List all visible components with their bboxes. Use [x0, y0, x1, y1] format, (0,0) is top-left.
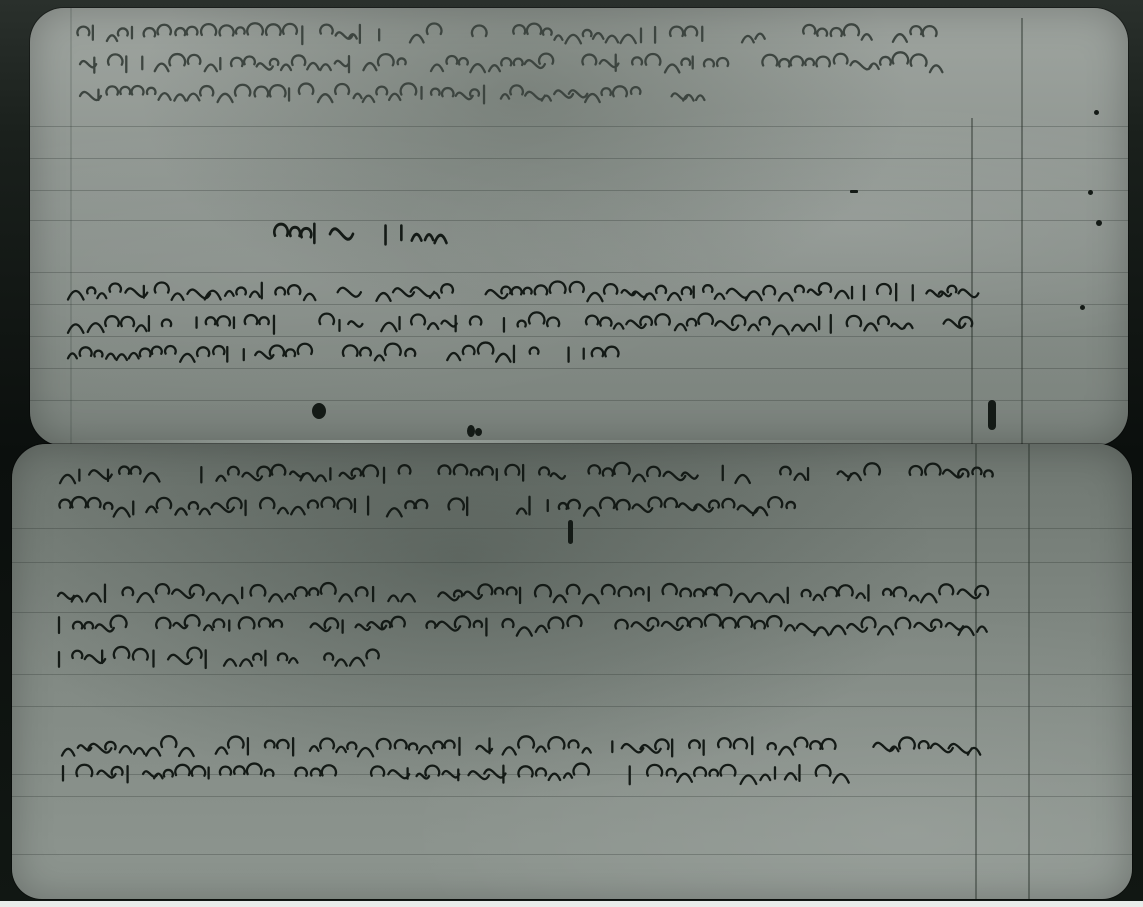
ink-blot	[312, 403, 326, 419]
script-line: [illegible Burmese script]	[58, 646, 378, 668]
ruling-line	[30, 304, 1128, 305]
margin-line	[70, 8, 72, 446]
ruling-line	[12, 796, 1132, 797]
ruling-line	[30, 336, 1128, 337]
ruling-line	[12, 612, 1132, 613]
ink-blot	[467, 425, 475, 437]
script-line: [illegible Burmese script]	[62, 735, 982, 757]
script-line: [illegible Burmese script, faded]	[78, 22, 938, 44]
script-line: [Burmese heading]	[275, 220, 455, 246]
ruling-line	[30, 220, 1128, 221]
script-line: [illegible Burmese script]	[58, 614, 993, 636]
script-line: [illegible Burmese script, faded]	[80, 82, 710, 104]
ruling-line	[12, 674, 1132, 675]
ruling-line	[30, 190, 1128, 191]
margin-line	[1021, 18, 1023, 446]
ruling-line	[30, 272, 1128, 273]
ruling-line	[12, 562, 1132, 563]
script-line: [illegible Burmese script]	[62, 762, 842, 784]
wormhole-dot	[1096, 220, 1102, 226]
margin-line	[1028, 444, 1030, 899]
script-line: [illegible Burmese script]	[58, 582, 993, 604]
wormhole-dot	[1094, 110, 1099, 115]
wormhole-dot	[1080, 305, 1085, 310]
ruling-line	[30, 368, 1128, 369]
margin-line	[975, 444, 977, 899]
ruling-line	[30, 158, 1128, 159]
script-line: [illegible Burmese script]	[60, 462, 995, 484]
ink-stroke	[568, 520, 573, 544]
ink-dash	[850, 190, 858, 193]
script-line: [illegible Burmese script, faded]	[80, 52, 940, 74]
script-line: [illegible Burmese script]	[68, 280, 973, 302]
ruling-line	[12, 854, 1132, 855]
script-line: [illegible Burmese script]	[68, 342, 623, 364]
scan-edge	[0, 901, 1143, 907]
wormhole-dot	[1088, 190, 1093, 195]
ruling-line	[30, 126, 1128, 127]
ruling-line	[30, 400, 1128, 401]
script-line: [illegible Burmese script]	[60, 495, 800, 517]
script-line: [illegible Burmese script]	[68, 312, 973, 334]
fold-crease	[60, 440, 1013, 443]
ink-stroke	[988, 400, 996, 430]
ink-blot	[475, 428, 482, 436]
ruling-line	[12, 706, 1132, 707]
